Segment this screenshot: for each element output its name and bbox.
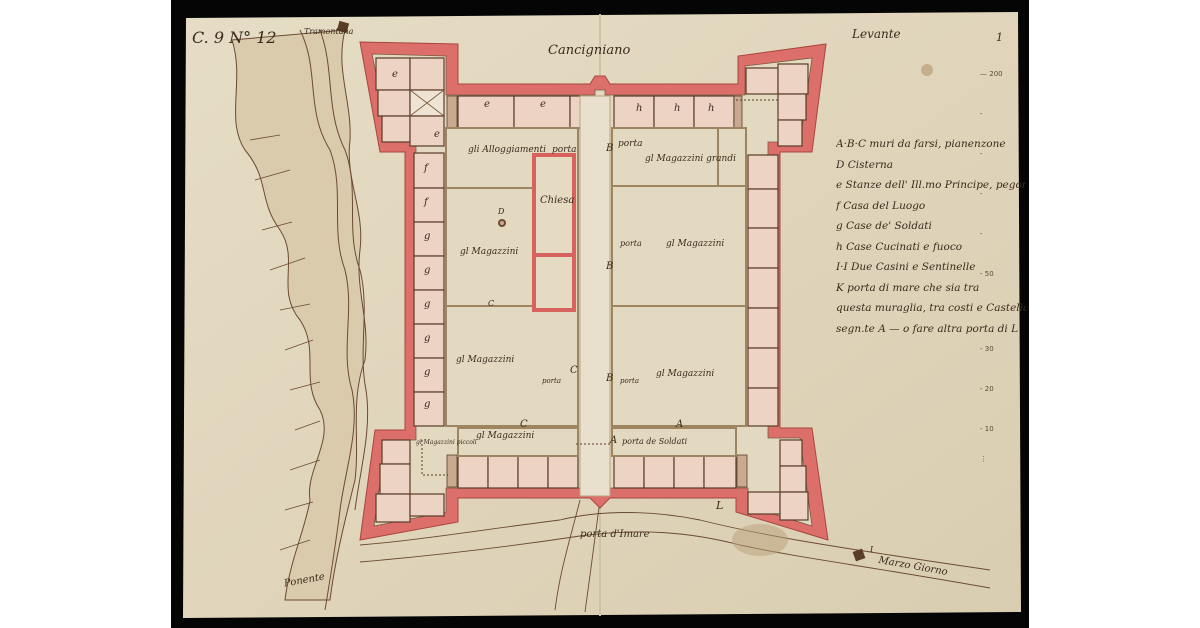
scale-tick: — 200 — [980, 70, 1003, 78]
magazzino-s-label: gl Magazzini — [476, 432, 534, 441]
letter-B-1: B — [606, 144, 613, 154]
letter-g-2: g — [424, 266, 430, 276]
scale-tick: - 50 — [980, 270, 994, 278]
letter-I: I — [870, 546, 873, 554]
central-street — [580, 96, 610, 496]
cistern-letter: D — [498, 208, 504, 216]
porta-ne-label: porta — [618, 140, 642, 149]
porta-nw-label: porta — [552, 146, 576, 155]
porta-center-right-label: porta — [620, 240, 642, 248]
porta-soldati-label: porta de Soldati — [622, 438, 687, 446]
scale-tick: - — [980, 150, 983, 158]
letter-f-2: f — [424, 198, 428, 208]
scale-tick: - 20 — [980, 385, 994, 393]
water-stain — [732, 524, 788, 556]
compass-top-center: Cancigniano — [548, 44, 630, 57]
letter-A-1: A — [676, 420, 683, 430]
letter-g-6: g — [424, 400, 430, 410]
magazzino-small-label: gl Magazzini piccoli — [416, 440, 477, 446]
scale-tick: ⋮ — [980, 455, 987, 463]
scale-tick: - — [980, 110, 983, 118]
letter-C-3: C — [520, 420, 528, 430]
letter-e-4: e — [434, 130, 440, 140]
letter-g-3: g — [424, 300, 430, 310]
corner-L-letter: L — [716, 500, 723, 511]
compass-north: Tramontana — [304, 28, 353, 36]
magazzino-e1-label: gl Magazzini — [666, 240, 724, 249]
magazzino-ne-label: gl Magazzini grandi — [645, 155, 736, 164]
letter-B-2: B — [606, 262, 613, 272]
scale-bar: — 200 - - - - - 50 - 30 - 20 - 10 ⋮ — [980, 60, 1020, 480]
magazzino-e2-label: gl Magazzini — [656, 370, 714, 379]
letter-e-3: e — [540, 100, 546, 110]
church-label: Chiesa — [540, 196, 574, 206]
magazzino-w2-label: gl Magazzini — [456, 356, 514, 365]
compass-east: Levante — [852, 28, 901, 40]
letter-g-5: g — [424, 368, 430, 378]
magazzino-w1-label: gl Magazzini — [460, 248, 518, 257]
water-stain-small — [921, 64, 933, 76]
west-rooms — [414, 153, 444, 426]
letter-h-2: h — [674, 104, 680, 114]
east-rooms — [748, 155, 778, 426]
letter-A-2: A — [610, 436, 617, 446]
scale-tick: - — [980, 190, 983, 198]
porta-center-right2-label: porta — [620, 378, 639, 385]
letter-h-3: h — [708, 104, 714, 114]
scale-tick: - 10 — [980, 425, 994, 433]
letter-e-1: e — [392, 70, 398, 80]
letter-B-3: B — [606, 374, 613, 384]
porta-center-left-label: porta — [542, 378, 561, 385]
letter-h-1: h — [636, 104, 642, 114]
letter-C-1: C — [488, 300, 494, 308]
sea-gate-label: porta d'Imare — [580, 530, 650, 540]
letter-g-4: g — [424, 334, 430, 344]
letter-g-1: g — [424, 232, 430, 242]
letter-e-2: e — [484, 100, 490, 110]
scale-tick: - — [980, 230, 983, 238]
guardroom-label: gli Alloggiamenti — [468, 146, 546, 155]
church-annex — [534, 255, 574, 310]
scale-tick: - 30 — [980, 345, 994, 353]
letter-C-2: C — [570, 366, 578, 376]
letter-f-1: f — [424, 164, 428, 174]
catalog-mark: C. 9 N° 12 — [192, 30, 277, 46]
sheet-number: 1 — [996, 32, 1003, 43]
